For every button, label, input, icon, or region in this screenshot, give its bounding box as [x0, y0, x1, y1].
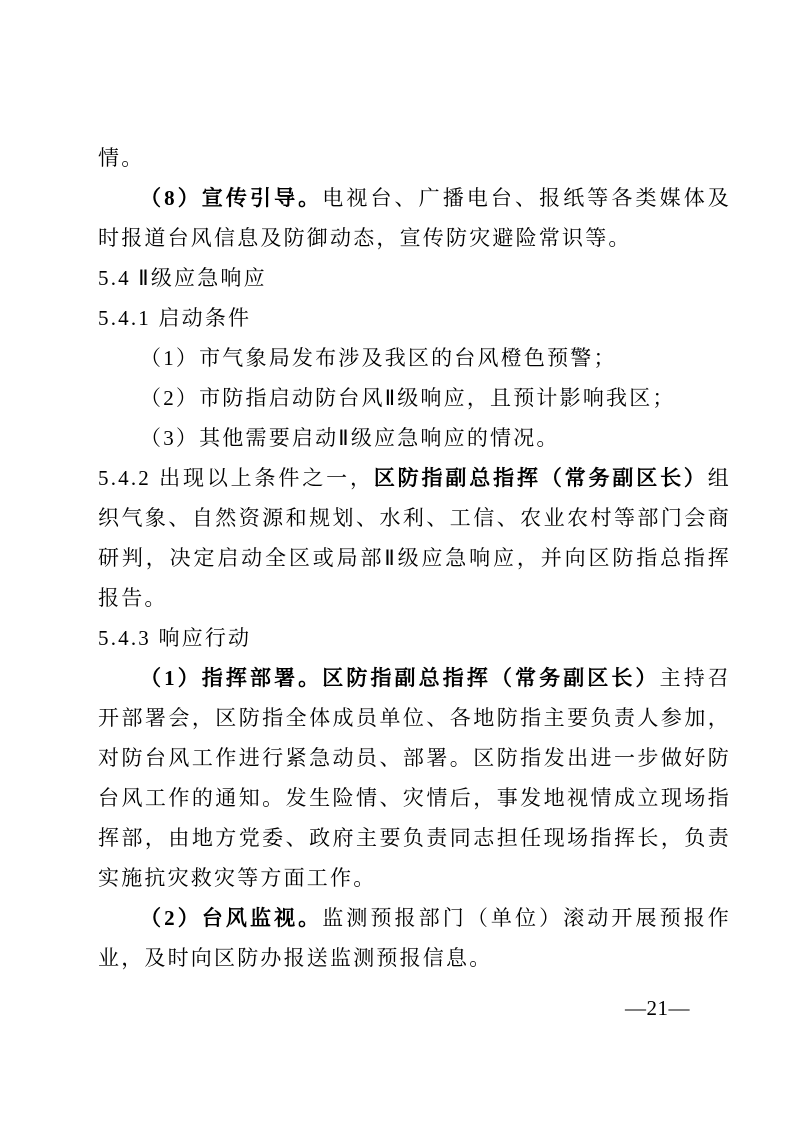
heading-5-4-1: 5.4.1 启动条件	[98, 298, 731, 338]
bold-text-segment: （2）台风监视。	[140, 906, 322, 930]
paragraph-condition-3: （3）其他需要启动Ⅱ级应急响应的情况。	[98, 418, 731, 458]
page-number: —21—	[625, 988, 690, 1028]
text-segment: 主持召开部署会，区防指全体成员单位、各地防指主要负责人参加，对防台风工作进行紧急…	[98, 666, 731, 890]
heading-5-4-3: 5.4.3 响应行动	[98, 618, 731, 658]
document-body: 情。（8）宣传引导。电视台、广播电台、报纸等各类媒体及时报道台风信息及防御动态，…	[98, 138, 731, 978]
paragraph-action-1: （1）指挥部署。区防指副总指挥（常务副区长）主持召开部署会，区防指全体成员单位、…	[98, 658, 731, 898]
text-segment: 5.4.2 出现以上条件之一，	[98, 466, 374, 490]
heading-5-4: 5.4 Ⅱ级应急响应	[98, 258, 731, 298]
text-segment: 5.4 Ⅱ级应急响应	[98, 266, 267, 290]
paragraph-condition-2: （2）市防指启动防台风Ⅱ级响应，且预计影响我区；	[98, 378, 731, 418]
text-segment: 5.4.1 启动条件	[98, 306, 251, 330]
document-page: 情。（8）宣传引导。电视台、广播电台、报纸等各类媒体及时报道台风信息及防御动态，…	[0, 0, 793, 1122]
paragraph-5-4-2: 5.4.2 出现以上条件之一，区防指副总指挥（常务副区长）组织气象、自然资源和规…	[98, 458, 731, 618]
text-segment: 5.4.3 响应行动	[98, 626, 251, 650]
text-segment: （3）其他需要启动Ⅱ级应急响应的情况。	[140, 426, 560, 450]
bold-text-segment: 区防指副总指挥（常务副区长）	[374, 466, 708, 490]
text-segment: （2）市防指启动防台风Ⅱ级响应，且预计影响我区；	[140, 386, 676, 410]
text-segment: （1）市气象局发布涉及我区的台风橙色预警；	[140, 346, 617, 370]
bold-text-segment: （1）指挥部署。区防指副总指挥（常务副区长）	[140, 666, 660, 690]
text-segment: 情。	[98, 146, 144, 170]
paragraph-continuation: 情。	[98, 138, 731, 178]
paragraph-condition-1: （1）市气象局发布涉及我区的台风橙色预警；	[98, 338, 731, 378]
paragraph-action-2: （2）台风监视。监测预报部门（单位）滚动开展预报作业，及时向区防办报送监测预报信…	[98, 898, 731, 978]
bold-text-segment: （8）宣传引导。	[140, 186, 322, 210]
paragraph-item-8: （8）宣传引导。电视台、广播电台、报纸等各类媒体及时报道台风信息及防御动态，宣传…	[98, 178, 731, 258]
